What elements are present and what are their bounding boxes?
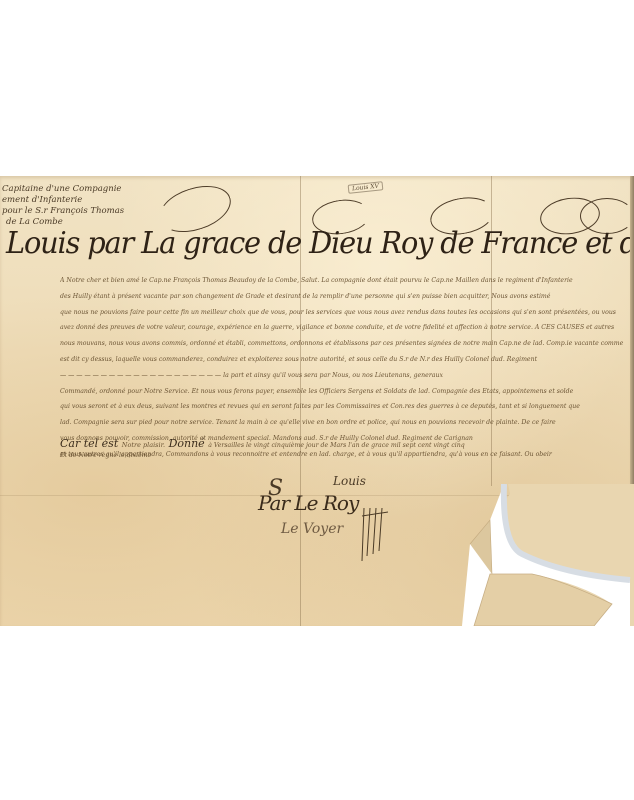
margin-note: Capitaine d'une Compagnie ement d'Infant…: [2, 184, 124, 228]
body-line: Commandé, ordonné pour Notre Service. Et…: [60, 384, 630, 400]
body-line: des Huilly étant à présent vacante par s…: [60, 289, 630, 305]
body-line: qui vous seront et à eux deus, suivant l…: [60, 399, 630, 415]
closing-formula: Car tel est Notre plaisir. Donné à Versa…: [60, 437, 465, 459]
margin-note-line: ement d'Infanterie: [2, 195, 124, 206]
body-line: est dit cy dessus, laquelle vous command…: [60, 352, 630, 368]
body-line: A Notre cher et bien amé le Cap.ne Franç…: [60, 273, 630, 289]
signature-paraph: [360, 506, 390, 566]
body-line: lad. Compagnie sera sur pied pour notre …: [60, 415, 630, 431]
notre-plaisir: Notre plaisir.: [122, 441, 165, 449]
document-title: Louis par La grace de Dieu Roy de France…: [6, 226, 634, 261]
body-line: nous mouvans, nous vous avons commis, or…: [60, 336, 630, 352]
reign-year: Et de Notre règne le dixième: [60, 452, 465, 459]
signature-king: Louis: [333, 474, 366, 488]
archive-stamp: Louis XV: [348, 181, 384, 194]
body-line: avez donné des preuves de votre valeur, …: [60, 320, 630, 336]
signature-par-le-roy: Par Le Roy: [258, 491, 358, 515]
document-body: A Notre cher et bien amé le Cap.ne Franç…: [60, 273, 630, 463]
car-tel-est: Car tel est: [60, 437, 118, 450]
place-date: à Versailles le vingt cinquième jour de …: [208, 442, 465, 449]
donne: Donné: [169, 437, 205, 450]
margin-note-line: Capitaine d'une Compagnie: [2, 184, 124, 195]
body-line: — — — — — — — — — — — — — — — — — — — — …: [60, 368, 630, 384]
signature-secretary: Le Voyer: [281, 521, 343, 537]
torn-folded-corner: [462, 484, 634, 626]
body-line: que nous ne pouvions faire pour cette fi…: [60, 305, 630, 321]
margin-note-line: pour le S.r François Thomas: [2, 206, 124, 217]
